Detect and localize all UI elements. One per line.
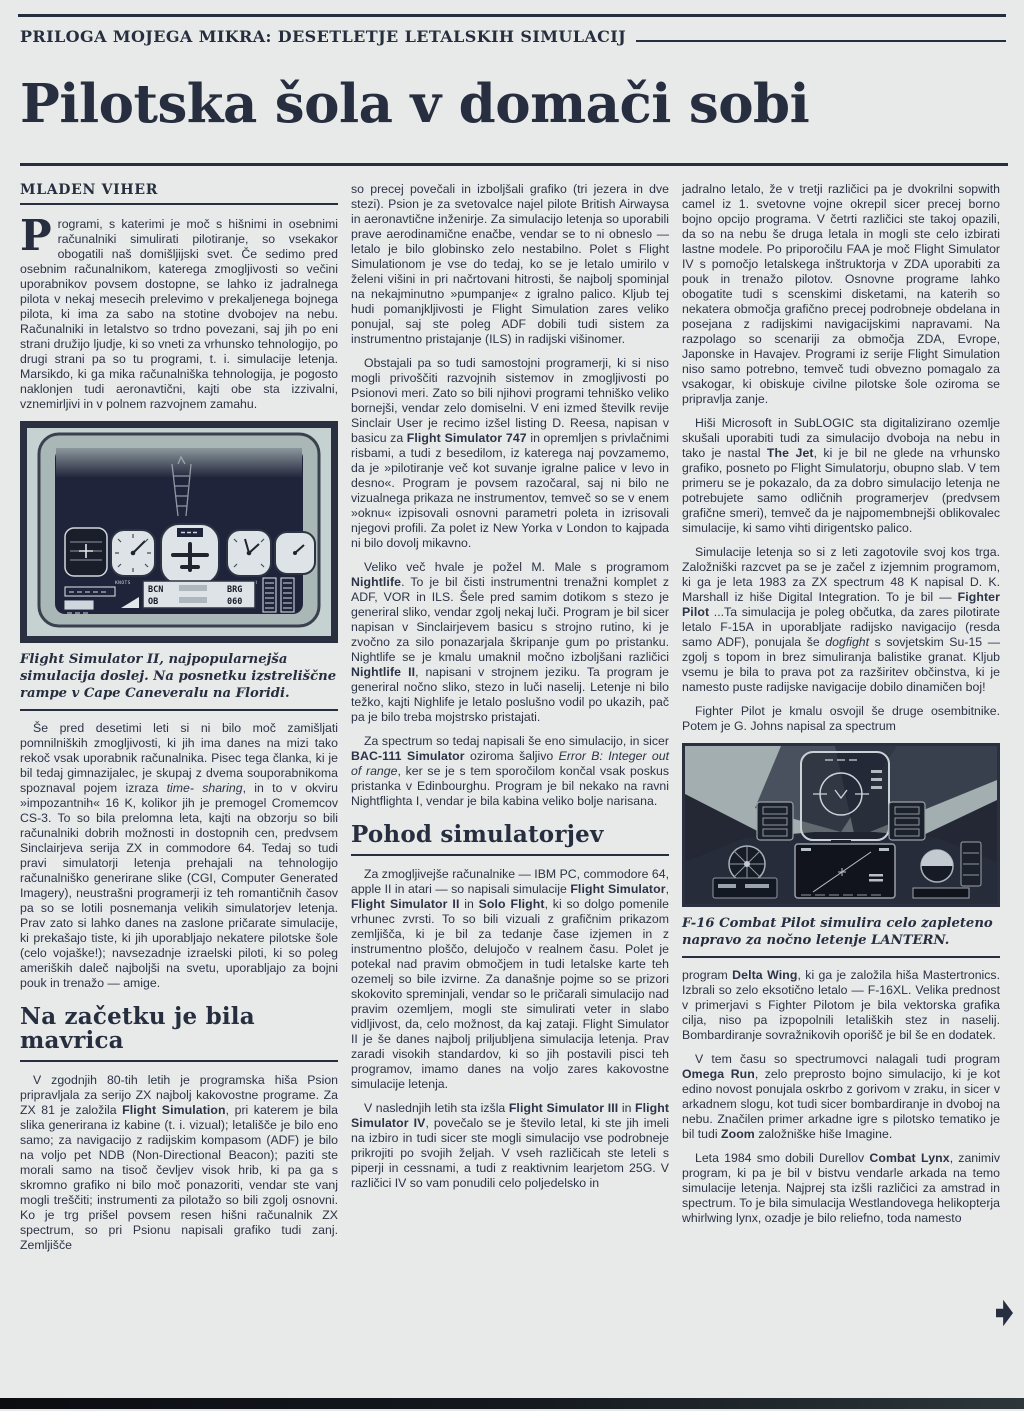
paragraph-continuation-2: jadralno letalo, že v tretji različici p…: [682, 182, 1000, 407]
bcn-label: BCN: [148, 585, 163, 595]
knots-label: KNOTS: [115, 580, 131, 586]
intro-paragraph: Programi, s katerimi je moč s hišnimi in…: [20, 217, 338, 412]
column-2: so precej povečali in izboljšali grafiko…: [351, 182, 669, 1262]
f16-cockpit-illustration: [685, 746, 997, 904]
fs2-screenshot-illustration: KNOTS ALTIMETER BCN BRG OB: [23, 424, 335, 640]
section-heading-pohod: Pohod simulatorjev: [351, 823, 669, 847]
paragraph-delta-wing: program Delta Wing, ki ga je založila hi…: [682, 968, 1000, 1043]
heading-rule-2: [351, 854, 669, 856]
right-attitude-dial: [921, 850, 953, 882]
author-rule: [20, 203, 338, 205]
hud: [801, 752, 889, 848]
page-title: Pilotska šola v domači sobi: [20, 77, 1024, 133]
paragraph-fighter-pilot: Simulacije letenja so si z leti zagotovi…: [682, 545, 1000, 695]
kicker-row: PRILOGA MOJEGA MIKRA: DESETLETJE LETALSK…: [20, 29, 1006, 45]
left-compass-dial: [729, 846, 765, 882]
paragraph-the-jet: Hiši Microsoft in SubLOGIC sta digitaliz…: [682, 416, 1000, 536]
bottom-scan-bar: [0, 1398, 1024, 1409]
author-byline: MLADEN VIHER: [20, 182, 338, 198]
paragraph-bac111: Za spectrum so tedaj napisali še eno sim…: [351, 734, 669, 809]
title-rule: [20, 163, 1008, 166]
column-1: MLADEN VIHER Programi, s katerimi je moč…: [20, 182, 338, 1262]
paragraph-indie-programmers: Obstajali pa so tudi samostojni programe…: [351, 356, 669, 551]
paragraph-fs3-fs4: V naslednjih letih sta izšla Flight Simu…: [351, 1101, 669, 1191]
paragraph-psion: V zgodnjih 80-tih letih je programska hi…: [20, 1073, 338, 1253]
magazine-page: PRILOGA MOJEGA MIKRA: DESETLETJE LETALSK…: [0, 0, 1024, 1411]
kicker: PRILOGA MOJEGA MIKRA: DESETLETJE LETALSK…: [20, 29, 626, 45]
photo2-caption-rule: [682, 956, 1000, 958]
continuation-arrow-icon: [996, 1298, 1013, 1328]
radio-readout-box: BCN BRG OB 060: [143, 581, 255, 608]
photo2-caption: F-16 Combat Pilot simulira celo zapleten…: [682, 915, 1000, 949]
photo1-caption: Flight Simulator II, najpopularnejša sim…: [20, 651, 338, 702]
section-heading-mavrica: Na začetku je bila mavrica: [20, 1005, 338, 1053]
kicker-rule: [636, 40, 1006, 42]
article-columns: MLADEN VIHER Programi, s katerimi je moč…: [0, 182, 1024, 1262]
paragraph-g-johns: Fighter Pilot je kmalu osvojil še druge …: [682, 704, 1000, 734]
ob-value: 060: [227, 597, 242, 607]
paragraph-continuation: so precej povečali in izboljšali grafiko…: [351, 182, 669, 347]
photo1-caption-rule: [20, 709, 338, 711]
mfd-display: [795, 844, 895, 898]
brg-label: BRG: [227, 585, 242, 595]
intro-text: rogrami, s katerimi je moč s hišnimi in …: [20, 217, 338, 411]
photo-f16-combat-pilot: [682, 743, 1000, 907]
paragraph-combat-lynx: Leta 1984 smo dobili Durellov Combat Lyn…: [682, 1151, 1000, 1226]
paragraph-nightlife: Veliko več hvale je požel M. Male s prog…: [351, 560, 669, 725]
drop-cap: P: [20, 217, 58, 252]
paragraph-flight-simulator: Za zmogljivejše računalnike — IBM PC, co…: [351, 867, 669, 1092]
paragraph-omega-run: V tem času so spectrumovci nalagali tudi…: [682, 1052, 1000, 1142]
top-rule: [18, 14, 1006, 17]
ob-label: OB: [148, 597, 158, 607]
heading-rule-1: [20, 1060, 338, 1062]
column-3: jadralno letalo, že v tretji različici p…: [682, 182, 1000, 1262]
photo-flight-simulator-2: KNOTS ALTIMETER BCN BRG OB: [20, 421, 338, 643]
paragraph-memory: Še pred desetimi leti si ni bilo moč zam…: [20, 721, 338, 991]
